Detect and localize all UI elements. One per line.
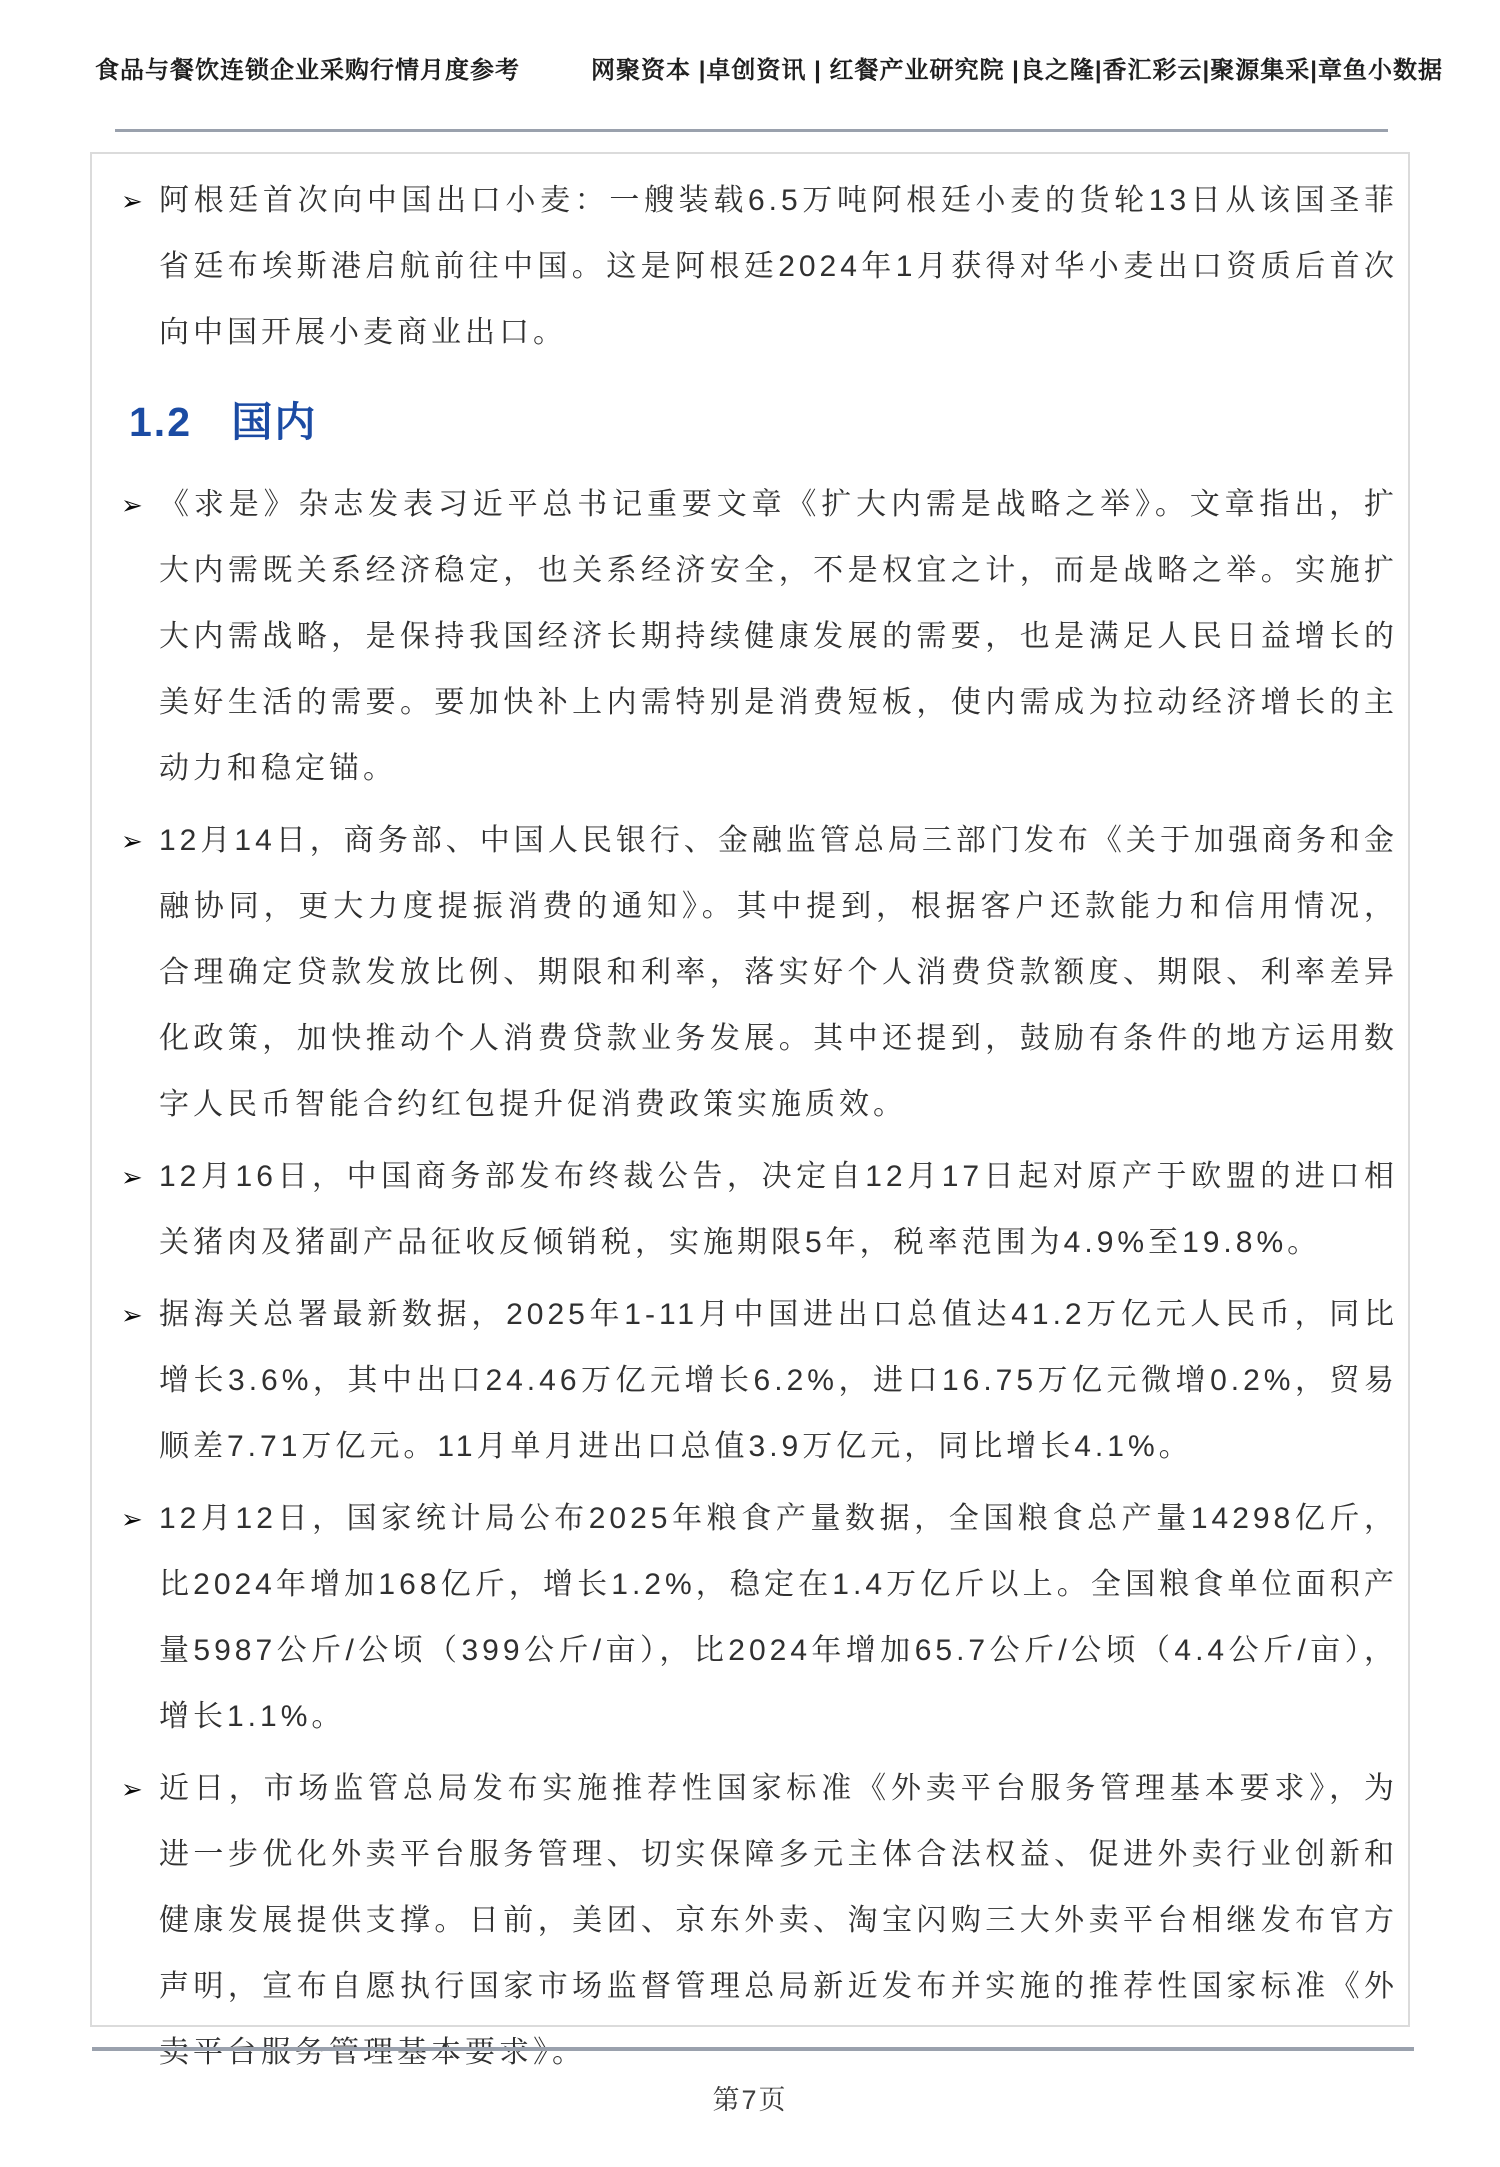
bullet-arrow-icon: ➢ [121,1282,143,1348]
news-text: 阿根廷首次向中国出口小麦：一艘装载6.5万吨阿根廷小麦的货轮13日从该国圣菲省廷… [159,184,1398,349]
news-item: ➢ 近日，市场监管总局发布实施推荐性国家标准《外卖平台服务管理基本要求》，为进一… [121,1756,1398,2086]
report-title: 食品与餐饮连锁企业采购行情月度参考 [95,50,520,85]
document-page: 食品与餐饮连锁企业采购行情月度参考 网聚资本 |卓创资讯 | 红餐产业研究院 |… [0,0,1500,2167]
bullet-arrow-icon: ➢ [121,1144,143,1210]
page-number: 第7页 [0,2078,1500,2117]
news-text: 12月12日，国家统计局公布2025年粮食产量数据，全国粮食总产量14298亿斤… [159,1502,1398,1733]
header-divider [115,129,1388,132]
section-heading: 1.2 国内 [129,394,1398,450]
bullet-arrow-icon: ➢ [121,472,143,538]
bullet-arrow-icon: ➢ [121,168,143,234]
news-item: ➢ 阿根廷首次向中国出口小麦：一艘装载6.5万吨阿根廷小麦的货轮13日从该国圣菲… [121,168,1398,366]
news-text: 《求是》杂志发表习近平总书记重要文章《扩大内需是战略之举》。文章指出，扩大内需既… [159,488,1398,785]
news-item: ➢ 12月12日，国家统计局公布2025年粮食产量数据，全国粮食总产量14298… [121,1486,1398,1750]
bullet-arrow-icon: ➢ [121,1486,143,1552]
news-text: 12月14日，商务部、中国人民银行、金融监管总局三部门发布《关于加强商务和金融协… [159,824,1398,1121]
news-item: ➢ 《求是》杂志发表习近平总书记重要文章《扩大内需是战略之举》。文章指出，扩大内… [121,472,1398,802]
news-text: 12月16日，中国商务部发布终裁公告，决定自12月17日起对原产于欧盟的进口相关… [159,1160,1398,1259]
news-text: 据海关总署最新数据，2025年1-11月中国进出口总值达41.2万亿元人民币，同… [159,1298,1398,1463]
content-area: ➢ 阿根廷首次向中国出口小麦：一艘装载6.5万吨阿根廷小麦的货轮13日从该国圣菲… [90,152,1410,2027]
news-text: 近日，市场监管总局发布实施推荐性国家标准《外卖平台服务管理基本要求》，为进一步优… [159,1772,1398,2069]
news-item: ➢ 12月16日，中国商务部发布终裁公告，决定自12月17日起对原产于欧盟的进口… [121,1144,1398,1276]
section-title: 国内 [231,399,317,445]
data-sources-list: 网聚资本 |卓创资讯 | 红餐产业研究院 |良之隆|香汇彩云|聚源集采|章鱼小数… [591,50,1443,85]
bullet-arrow-icon: ➢ [121,808,143,874]
news-item: ➢ 12月14日，商务部、中国人民银行、金融监管总局三部门发布《关于加强商务和金… [121,808,1398,1138]
section-number: 1.2 [129,399,192,445]
news-item: ➢ 据海关总署最新数据，2025年1-11月中国进出口总值达41.2万亿元人民币… [121,1282,1398,1480]
page-header: 食品与餐饮连锁企业采购行情月度参考 网聚资本 |卓创资讯 | 红餐产业研究院 |… [95,50,1443,85]
footer-divider [92,2047,1414,2051]
bullet-arrow-icon: ➢ [121,1756,143,1822]
